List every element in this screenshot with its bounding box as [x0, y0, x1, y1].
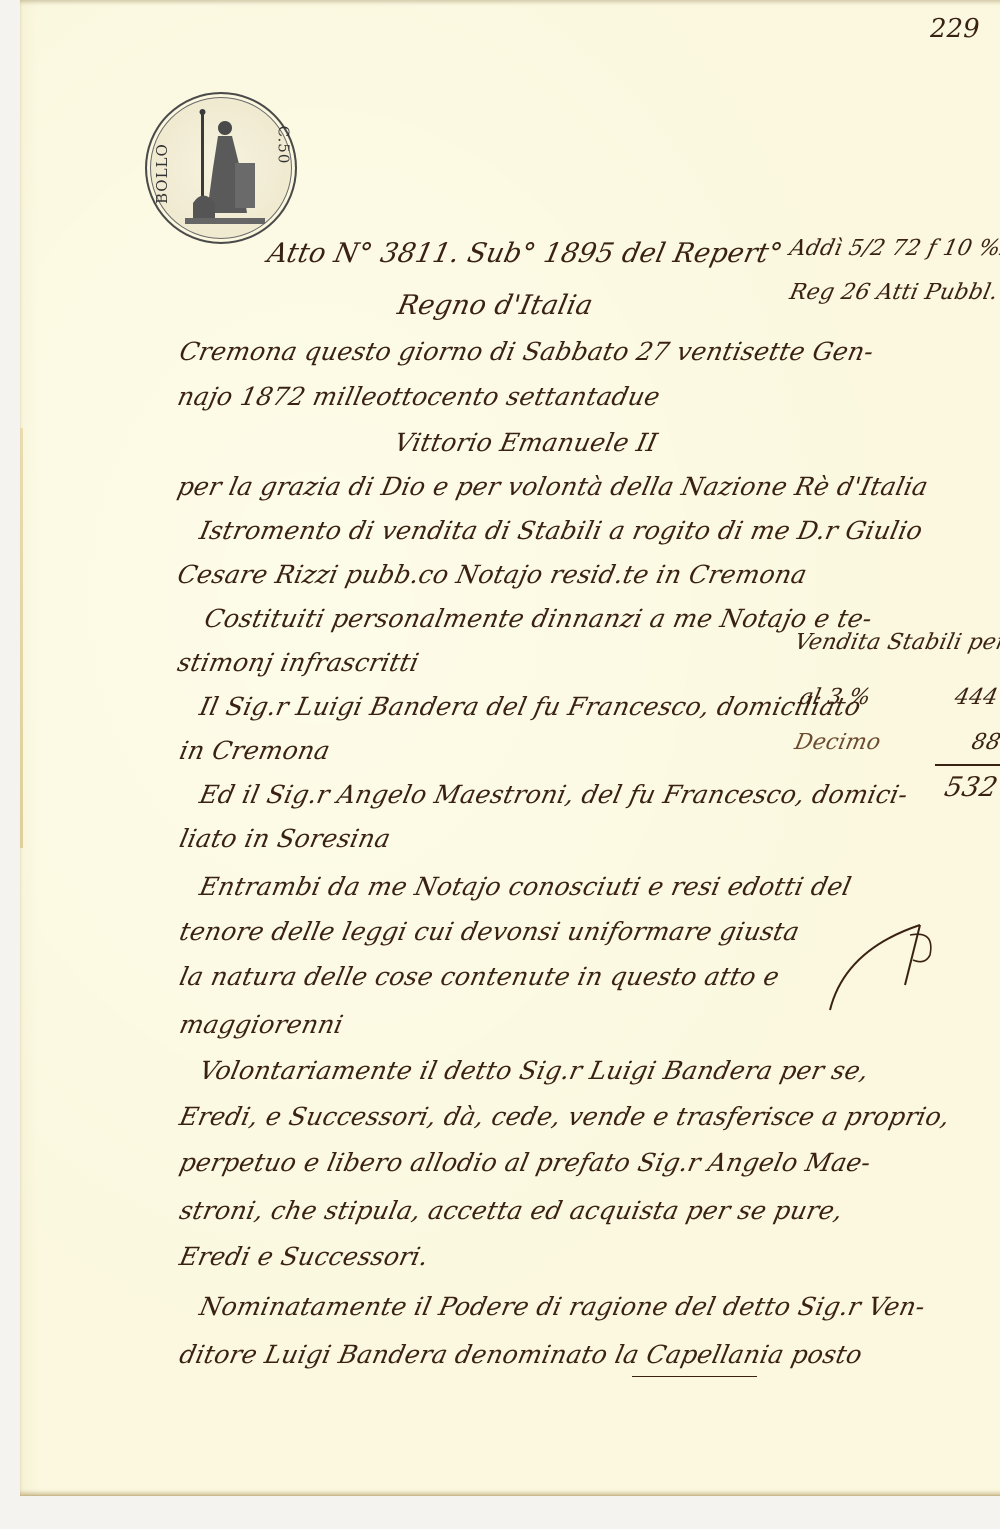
- tax-amount-1: 444: [952, 685, 1000, 710]
- registration-note-line-1: Addì 5/2 72 f 10 %2: [787, 236, 1000, 261]
- text-line-18: Eredi, e Successori, dà, cede, vende e t…: [177, 1102, 952, 1131]
- text-line-5: Istromento di vendita di Stabili a rogit…: [197, 516, 925, 545]
- tax-rate: al 3 %: [797, 685, 873, 710]
- text-line-12: liato in Soresina: [177, 824, 393, 853]
- text-line-15: la natura delle cose contenute in questo…: [177, 962, 782, 991]
- text-line-14: tenore delle leggi cui devonsi uniformar…: [177, 917, 802, 946]
- signature-flourish-icon: [825, 900, 945, 1020]
- stamp-label: BOLLO: [153, 143, 171, 204]
- text-line-7: Costituiti personalmente dinnanzi a me N…: [202, 604, 875, 633]
- text-line-23: ditore Luigi Bandera denominato la Capel…: [177, 1340, 865, 1369]
- text-line-4: per la grazia di Dio e per volontà della…: [175, 472, 931, 501]
- document-title: Regno d'Italia: [395, 290, 596, 321]
- registration-note-line-2: Reg 26 Atti Pubbl.: [787, 280, 1000, 305]
- text-line-20: stroni, che stipula, accetta ed acquista…: [177, 1196, 845, 1225]
- stamp-value: C.50: [275, 126, 293, 165]
- text-line-king: Vittorio Emanuele II: [392, 428, 660, 457]
- text-line-21: Eredi e Successori.: [177, 1242, 431, 1271]
- text-line-11: Ed il Sig.r Angelo Maestroni, del fu Fra…: [197, 780, 911, 809]
- tax-total: 532: [942, 772, 1000, 803]
- seated-italia-figure-icon: [185, 108, 265, 228]
- text-line-10: in Cremona: [177, 736, 333, 765]
- text-line-16: maggiorenni: [177, 1010, 346, 1039]
- text-line-8: stimonj infrascritti: [175, 648, 422, 677]
- underline-capellania: [632, 1376, 757, 1377]
- tax-label-decimo: Decimo: [792, 730, 883, 755]
- text-line-6: Cesare Rizzi pubb.co Notajo resid.te in …: [175, 560, 810, 589]
- sum-rule: [935, 764, 1000, 766]
- text-line-22: Nominatamente il Podere di ragione del d…: [197, 1292, 928, 1321]
- revenue-stamp: BOLLO C.50: [145, 92, 297, 244]
- text-line-17: Volontariamente il detto Sig.r Luigi Ban…: [197, 1056, 871, 1085]
- act-number-line: Atto N° 3811. Sub° 1895 del Repert°: [265, 238, 786, 269]
- tax-note-header: Vendita Stabili per Lire: [792, 630, 1000, 655]
- text-line-9: Il Sig.r Luigi Bandera del fu Francesco,…: [197, 692, 864, 721]
- page-fold-crease: [20, 428, 23, 848]
- text-line-1: Cremona questo giorno di Sabbato 27 vent…: [177, 337, 876, 366]
- tax-amount-2: 88: [969, 730, 1000, 755]
- text-line-13: Entrambi da me Notajo conosciuti e resi …: [197, 872, 854, 901]
- text-line-19: perpetuo e libero allodio al prefato Sig…: [177, 1148, 874, 1177]
- text-line-2: najo 1872 milleottocento settantadue: [175, 382, 663, 411]
- page-number: 229: [930, 14, 980, 44]
